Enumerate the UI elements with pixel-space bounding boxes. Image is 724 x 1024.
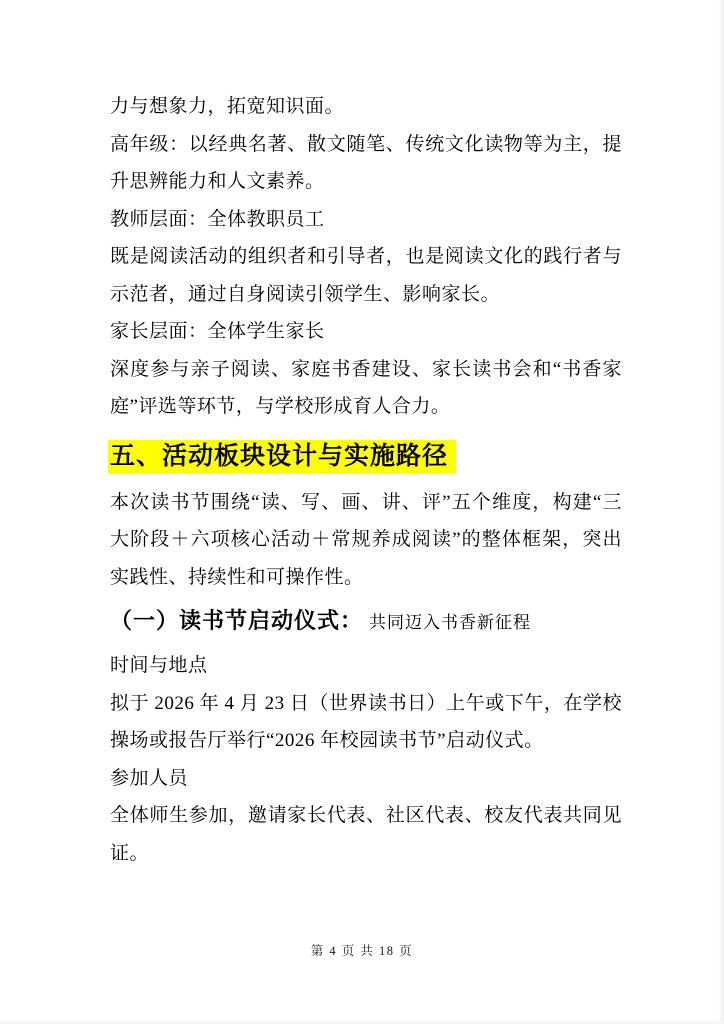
paragraph-parent-label: 家长层面：全体学生家长 — [110, 313, 622, 351]
paragraph-senior-grade: 高年级：以经典名著、散文随笔、传统文化读物等为主，提升思辨能力和人文素养。 — [110, 126, 622, 201]
page-right-edge-shadow — [719, 0, 724, 1024]
document-page: 力与想象力，拓宽知识面。 高年级：以经典名著、散文随笔、传统文化读物等为主，提升… — [0, 0, 724, 1024]
paragraph-time-place-label: 时间与地点 — [110, 647, 622, 685]
page-number-indicator: 第 4 页 共 18 页 — [311, 944, 413, 958]
subsection-subtitle: 共同迈入书香新征程 — [369, 613, 531, 632]
paragraph-continuation: 力与想象力，拓宽知识面。 — [110, 88, 622, 126]
paragraph-attendee-body: 全体师生参加，邀请家长代表、社区代表、校友代表共同见证。 — [110, 797, 622, 872]
paragraph-section-intro: 本次读书节围绕“读、写、画、讲、评”五个维度，构建“三大阶段＋六项核心活动＋常规… — [110, 484, 622, 597]
page-bottom-edge-shadow — [0, 1019, 724, 1024]
subsection-title: （一）读书节启动仪式： — [110, 608, 363, 633]
paragraph-parent-body: 深度参与亲子阅读、家庭书香建设、家长读书会和“书香家庭”评选等环节，与学校形成育… — [110, 351, 622, 426]
page-footer: 第 4 页 共 18 页 — [0, 941, 724, 959]
paragraph-attendee-label: 参加人员 — [110, 760, 622, 798]
paragraph-teacher-body: 既是阅读活动的组织者和引导者，也是阅读文化的践行者与示范者，通过自身阅读引领学生… — [110, 238, 622, 313]
subsection-heading-1: （一）读书节启动仪式：共同迈入书香新征程 — [110, 605, 622, 638]
section-heading-5: 五、活动板块设计与实施路径 — [110, 438, 622, 476]
yellow-highlight: 五、活动板块设计与实施路径 — [108, 440, 456, 474]
paragraph-teacher-label: 教师层面：全体教职员工 — [110, 201, 622, 239]
page-content: 力与想象力，拓宽知识面。 高年级：以经典名著、散文随笔、传统文化读物等为主，提升… — [110, 88, 622, 872]
paragraph-time-place-body: 拟于 2026 年 4 月 23 日（世界读书日）上午或下午，在学校操场或报告厅… — [110, 685, 622, 760]
